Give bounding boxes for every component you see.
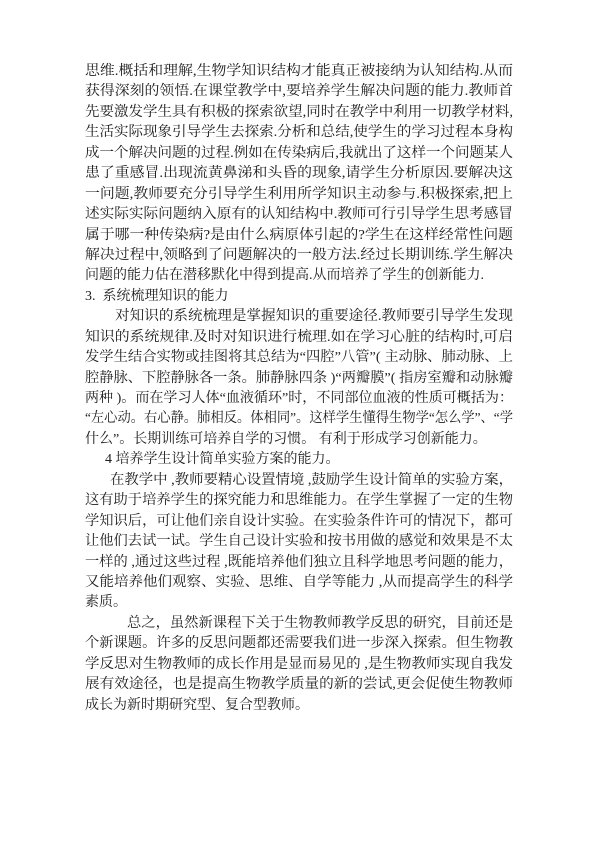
text-line-content: 属于哪一种传染病?是由什么病原体引起的?学生在这样经常性问题	[85, 226, 513, 246]
text-line: 述实际实际问题纳入原有的认知结构中.教师可行引导学生思考感冒	[85, 205, 513, 225]
text-line-content: 一问题,教师要充分引导学生利用所学知识主动参与.积极探索,把上	[85, 185, 513, 205]
text-line: 解决过程中,领略到了问题解决的一般方法.经过长期训练.学生解决	[85, 246, 513, 266]
text-line-content: 什么”。长期训练可培养自学的习惯。 有利于形成学习创新能力。	[85, 430, 487, 450]
text-line: 患了重感冒.出现流黄鼻涕和头昏的现象,请学生分析原因.要解决这	[85, 164, 513, 184]
text-line: 展有效途径，也是提高生物教学质量的新的尝试,更会促使生物教师	[85, 675, 513, 695]
text-line-content: 3. 系统梳理知识的能力	[85, 287, 229, 307]
text-line-content: 问题的能力估在潜移默化中得到提高.从而培养了学生的创新能力.	[85, 266, 484, 286]
text-line: 这有助于培养学生的探究能力和思维能力。在学生掌握了一定的生物	[85, 491, 513, 511]
text-line: 什么”。长期训练可培养自学的习惯。 有利于形成学习创新能力。	[85, 430, 513, 450]
text-line: “左心动。右心静。肺相反。体相同”。这样学生懂得生物学“怎么学”、“学	[85, 409, 513, 429]
text-line-content: “左心动。右心静。肺相反。体相同”。这样学生懂得生物学“怎么学”、“学	[85, 409, 513, 429]
text-line: 学知识后，可让他们亲自设计实验。在实验条件许可的情况下，都可	[85, 512, 513, 532]
text-line-content: 述实际实际问题纳入原有的认知结构中.教师可行引导学生思考感冒	[85, 205, 513, 225]
text-line-content: 思维.概括和理解,生物学知识结构才能真正被接纳为认知结构.从而	[85, 62, 513, 82]
text-line: 两种 )。而在学习人体“血液循环”时，不同部位血液的性质可概括为：	[85, 389, 513, 409]
text-line-content: 一样的 ,通过这些过程 ,既能培养他们独立且科学地思考问题的能力，	[85, 553, 513, 573]
text-line-content: 先要激发学生具有积极的探索欲望,同时在教学中利用一切教学材料,	[85, 103, 513, 123]
text-line-content: 学知识后，可让他们亲自设计实验。在实验条件许可的情况下，都可	[85, 512, 513, 532]
text-line-content: 素质。	[85, 593, 127, 613]
text-line: 发学生结合实物或挂图将其总结为“四腔”八管”( 主动脉、肺动脉、上	[85, 348, 513, 368]
text-line: 又能培养他们观察、实验、思维、自学等能力 ,从而提高学生的科学	[85, 573, 513, 593]
text-line-content: 对知识的系统梳理是掌握知识的重要途径.教师要引导学生发现	[115, 307, 513, 327]
text-line-content: 展有效途径，也是提高生物教学质量的新的尝试,更会促使生物教师	[85, 675, 513, 695]
text-line: 属于哪一种传染病?是由什么病原体引起的?学生在这样经常性问题	[85, 226, 513, 246]
text-line: 对知识的系统梳理是掌握知识的重要途径.教师要引导学生发现	[85, 307, 513, 327]
text-line-content: 获得深刻的领悟.在课堂教学中,要培养学生解决问题的能力.教师首	[85, 82, 513, 102]
text-line: 素质。	[85, 593, 513, 613]
text-line-content: 成长为新时期研究型、复合型教师。	[85, 696, 309, 716]
section-heading: 3. 系统梳理知识的能力	[85, 287, 513, 307]
text-line: 在教学中 ,教师要精心设置情境 ,鼓励学生设计简单的实验方案，	[85, 471, 513, 491]
text-line-content: 知识的系统规律.及时对知识进行梳理.如在学习心脏的结构时,可启	[85, 328, 513, 348]
text-line: 思维.概括和理解,生物学知识结构才能真正被接纳为认知结构.从而	[85, 62, 513, 82]
text-line: 一问题,教师要充分引导学生利用所学知识主动参与.积极探索,把上	[85, 185, 513, 205]
text-line-content: 两种 )。而在学习人体“血液循环”时，不同部位血液的性质可概括为：	[85, 389, 513, 409]
document-text-block: 思维.概括和理解,生物学知识结构才能真正被接纳为认知结构.从而获得深刻的领悟.在…	[85, 62, 513, 716]
text-line-content: 成一个解决问题的过程.例如在传染病后,我就出了这样一个问题某人	[85, 144, 513, 164]
text-line: 成一个解决问题的过程.例如在传染病后,我就出了这样一个问题某人	[85, 144, 513, 164]
section-heading: 4 培养学生设计简单实验方案的能力。	[85, 450, 513, 470]
text-line-content: 这有助于培养学生的探究能力和思维能力。在学生掌握了一定的生物	[85, 491, 513, 511]
text-line: 总之，虽然新课程下关于生物教师教学反思的研究，目前还是	[85, 614, 513, 634]
text-line: 学反思对生物教师的成长作用是显而易见的 ,是生物教师实现自我发	[85, 655, 513, 675]
text-line: 先要激发学生具有积极的探索欲望,同时在教学中利用一切教学材料,	[85, 103, 513, 123]
document-page: 思维.概括和理解,生物学知识结构才能真正被接纳为认知结构.从而获得深刻的领悟.在…	[0, 0, 595, 842]
text-line-content: 患了重感冒.出现流黄鼻涕和头昏的现象,请学生分析原因.要解决这	[85, 164, 513, 184]
text-line-content: 4 培养学生设计简单实验方案的能力。	[105, 450, 340, 470]
text-line: 生活实际现象引导学生去探索.分析和总结,使学生的学习过程本身构	[85, 123, 513, 143]
text-line-content: 个新课题。许多的反思问题都还需要我们进一步深入探索。但生物教	[85, 634, 513, 654]
text-line-content: 总之，虽然新课程下关于生物教师教学反思的研究，目前还是	[127, 614, 513, 634]
text-line: 成长为新时期研究型、复合型教师。	[85, 696, 513, 716]
text-line-content: 又能培养他们观察、实验、思维、自学等能力 ,从而提高学生的科学	[85, 573, 513, 593]
text-line-content: 让他们去试一试。学生自己设计实验和按书用做的感觉和效果是不太	[85, 532, 513, 552]
text-line: 腔静脉、下腔静脉各一条。肺静脉四条 )“两瓣膜”( 指房室瓣和动脉瓣	[85, 369, 513, 389]
text-line: 知识的系统规律.及时对知识进行梳理.如在学习心脏的结构时,可启	[85, 328, 513, 348]
text-line: 让他们去试一试。学生自己设计实验和按书用做的感觉和效果是不太	[85, 532, 513, 552]
text-line-content: 在教学中 ,教师要精心设置情境 ,鼓励学生设计简单的实验方案，	[110, 471, 513, 491]
text-line-content: 腔静脉、下腔静脉各一条。肺静脉四条 )“两瓣膜”( 指房室瓣和动脉瓣	[85, 369, 513, 389]
text-line-content: 发学生结合实物或挂图将其总结为“四腔”八管”( 主动脉、肺动脉、上	[85, 348, 513, 368]
text-line-content: 生活实际现象引导学生去探索.分析和总结,使学生的学习过程本身构	[85, 123, 513, 143]
text-line: 个新课题。许多的反思问题都还需要我们进一步深入探索。但生物教	[85, 634, 513, 654]
text-line: 问题的能力估在潜移默化中得到提高.从而培养了学生的创新能力.	[85, 266, 513, 286]
text-line: 一样的 ,通过这些过程 ,既能培养他们独立且科学地思考问题的能力，	[85, 553, 513, 573]
text-line-content: 解决过程中,领略到了问题解决的一般方法.经过长期训练.学生解决	[85, 246, 513, 266]
text-line-content: 学反思对生物教师的成长作用是显而易见的 ,是生物教师实现自我发	[85, 655, 513, 675]
text-line: 获得深刻的领悟.在课堂教学中,要培养学生解决问题的能力.教师首	[85, 82, 513, 102]
